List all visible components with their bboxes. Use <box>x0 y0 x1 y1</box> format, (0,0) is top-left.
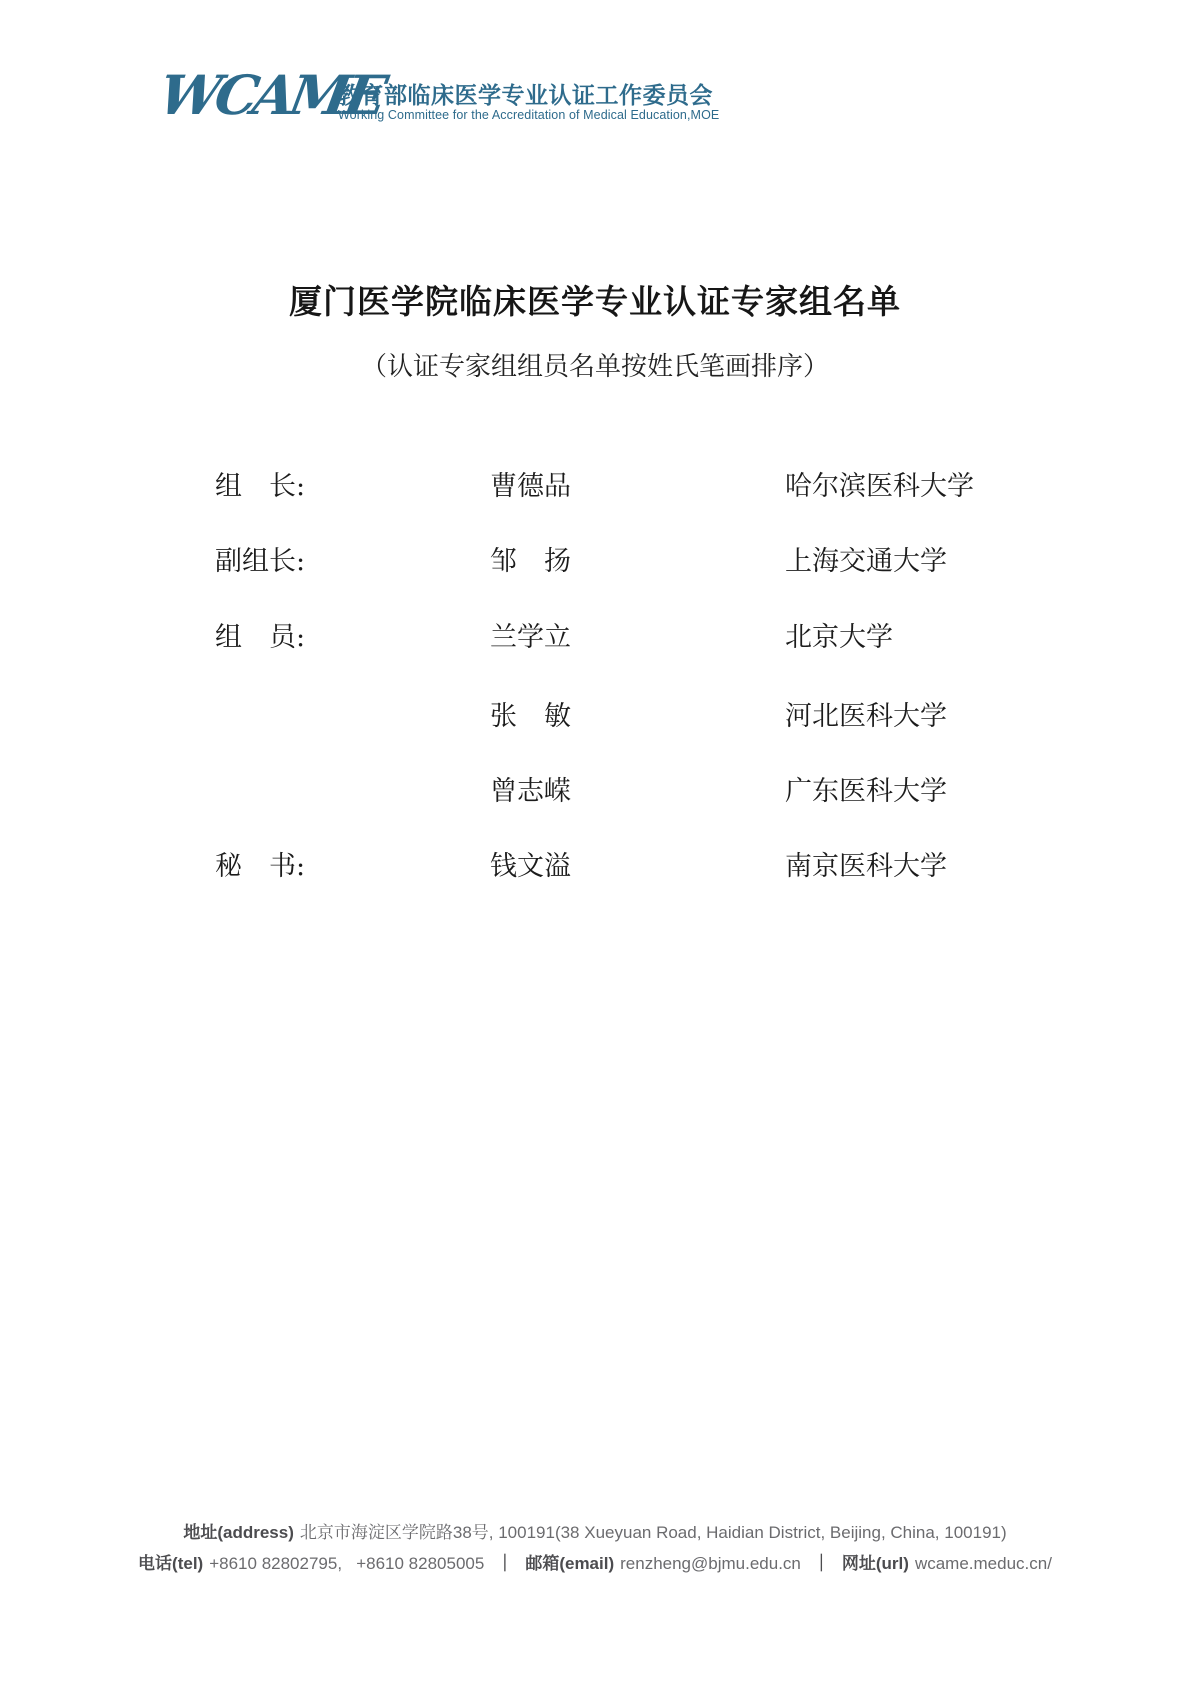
member-name: 曹德品 <box>490 471 571 503</box>
role-label: 副组长: <box>215 546 305 578</box>
member-affiliation: 上海交通大学 <box>785 546 947 578</box>
roster-row: 副组长: 邹 扬 上海交通大学 <box>0 546 1190 586</box>
roster-row: 曾志嵘 广东医科大学 <box>0 776 1190 816</box>
organization-name-en: Working Committee for the Accreditation … <box>338 108 719 122</box>
member-affiliation: 广东医科大学 <box>785 776 947 808</box>
footer-separator: ｜ <box>484 1554 525 1573</box>
tel-value: +8610 82802795, +8610 82805005 <box>209 1554 484 1573</box>
url-label: 网址(url) <box>842 1554 909 1573</box>
footer-separator: ｜ <box>801 1554 842 1573</box>
document-page: WCAME 教育部临床医学专业认证工作委员会 Working Committee… <box>0 0 1190 1683</box>
role-label: 组 员: <box>215 622 305 654</box>
address-label: 地址(address) <box>183 1523 294 1542</box>
roster-row: 张 敏 河北医科大学 <box>0 701 1190 741</box>
roster-row: 组 员: 兰学立 北京大学 <box>0 622 1190 662</box>
member-name: 钱文溢 <box>490 851 571 883</box>
email-label: 邮箱(email) <box>525 1554 614 1573</box>
member-name: 张 敏 <box>490 701 571 733</box>
role-label: 组 长: <box>215 471 305 503</box>
document-title: 厦门医学院临床医学专业认证专家组名单 <box>0 276 1190 323</box>
member-affiliation: 北京大学 <box>785 622 893 654</box>
roster-row: 秘 书: 钱文溢 南京医科大学 <box>0 851 1190 891</box>
member-affiliation: 河北医科大学 <box>785 701 947 733</box>
member-affiliation: 南京医科大学 <box>785 851 947 883</box>
footer-contact-line: 电话(tel)+8610 82802795, +8610 82805005｜邮箱… <box>0 1549 1190 1574</box>
member-name: 曾志嵘 <box>490 776 571 808</box>
email-value: renzheng@bjmu.edu.cn <box>620 1554 801 1573</box>
roster-row: 组 长: 曹德品 哈尔滨医科大学 <box>0 471 1190 511</box>
document-subtitle: （认证专家组组员名单按姓氏笔画排序） <box>0 346 1190 383</box>
member-affiliation: 哈尔滨医科大学 <box>785 471 974 503</box>
member-name: 邹 扬 <box>490 546 571 578</box>
member-name: 兰学立 <box>490 622 571 654</box>
role-label: 秘 书: <box>215 851 305 883</box>
organization-name-cn: 教育部临床医学专业认证工作委员会 <box>337 77 713 110</box>
footer-address-line: 地址(address)北京市海淀区学院路38号, 100191(38 Xueyu… <box>0 1518 1190 1543</box>
url-value: wcame.meduc.cn/ <box>915 1554 1052 1573</box>
address-value: 北京市海淀区学院路38号, 100191(38 Xueyuan Road, Ha… <box>300 1523 1007 1542</box>
tel-label: 电话(tel) <box>138 1554 203 1573</box>
